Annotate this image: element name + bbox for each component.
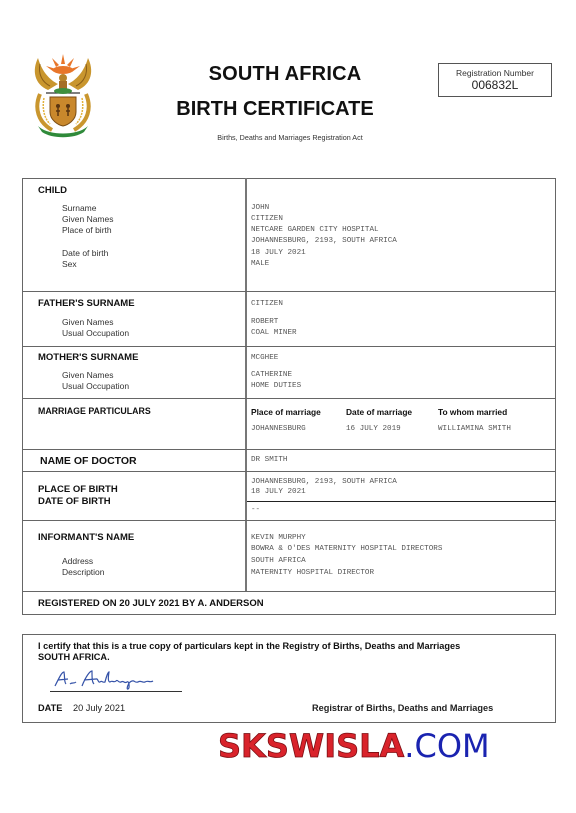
row-divider [22,346,556,347]
informant-description-label: Description [62,567,105,578]
informant-address-line1: BOWRA & O'DES MATERNITY HOSPITAL DIRECTO… [251,544,442,555]
certification-line1: I certify that this is a true copy of pa… [38,641,548,652]
informant-name-value: KEVIN MURPHY [251,533,306,544]
child-heading: CHILD [38,185,67,196]
marriage-place-header: Place of marriage [251,407,321,417]
father-heading: FATHER'S SURNAME [38,298,135,309]
country-title: SOUTH AFRICA [160,63,410,86]
row-divider [22,520,556,521]
father-surname-value: CITIZEN [251,299,283,310]
father-given-names-value: ROBERT [251,317,278,328]
date-of-birth-heading: DATE OF BIRTH [38,496,111,507]
coat-of-arms-icon [28,50,98,138]
mother-given-names-label: Given Names [62,370,114,381]
doctor-heading: NAME OF DOCTOR [40,455,137,467]
informant-heading: INFORMANT'S NAME [38,532,134,543]
marriage-date-value: 16 JULY 2019 [346,424,401,435]
mother-occupation-value: HOME DUTIES [251,381,301,392]
informant-address-label: Address [62,556,93,567]
child-given-names-label: Given Names [62,214,114,225]
child-surname-label: Surname [62,203,97,214]
row-subdivider [247,501,556,502]
child-place-of-birth-value: NETCARE GARDEN CITY HOSPITAL [251,225,379,236]
signature-line [50,691,182,692]
informant-address-line2: SOUTH AFRICA [251,556,306,567]
mother-given-names-value: CATHERINE [251,370,292,381]
registration-number-label: Registration Number [439,68,551,78]
mother-occupation-label: Usual Occupation [62,381,129,392]
watermark-domain: .COM [404,727,489,765]
certification-line2: SOUTH AFRICA. [38,652,548,663]
marriage-spouse-value: WILLIAMINA SMITH [438,424,511,435]
mother-heading: MOTHER'S SURNAME [38,352,138,363]
place-of-birth-heading: PLACE OF BIRTH [38,484,118,495]
row-divider [22,471,556,472]
child-sex-value: MALE [251,259,269,270]
document-title: BIRTH CERTIFICATE [150,98,400,121]
child-date-of-birth-label: Date of birth [62,248,108,259]
certification-date-value: 20 July 2021 [73,703,125,713]
marriage-heading: MARRIAGE PARTICULARS [38,406,151,416]
child-given-names-value: CITIZEN [251,214,283,225]
watermark: SKSWISLA.COM [218,727,490,765]
row-divider [22,291,556,292]
watermark-brand: SKSWISLA [218,727,404,765]
doctor-value: DR SMITH [251,455,287,466]
birth-extra-value: -- [251,505,260,516]
informant-description-value: MATERNITY HOSPITAL DIRECTOR [251,568,374,579]
marriage-place-value: JOHANNESBURG [251,424,306,435]
column-divider [245,178,247,591]
father-occupation-value: COAL MINER [251,328,297,339]
row-divider [22,591,556,592]
child-date-of-birth-value: 18 JULY 2021 [251,248,306,259]
registrar-title: Registrar of Births, Deaths and Marriage… [312,703,493,713]
child-surname-value: JOHN [251,203,269,214]
certification-statement: I certify that this is a true copy of pa… [38,641,548,663]
registration-number-box: Registration Number 006832L [438,63,552,97]
mother-surname-value: MCGHEE [251,353,278,364]
child-place-of-birth-city: JOHANNESBURG, 2193, SOUTH AFRICA [251,236,397,247]
registered-statement: REGISTERED ON 20 JULY 2021 BY A. ANDERSO… [38,598,264,609]
child-sex-label: Sex [62,259,77,270]
child-place-of-birth-label: Place of birth [62,225,112,236]
row-divider [22,449,556,450]
date-of-birth-value: 18 JULY 2021 [251,487,306,498]
father-given-names-label: Given Names [62,317,114,328]
father-occupation-label: Usual Occupation [62,328,129,339]
act-subtitle: Births, Deaths and Marriages Registratio… [180,133,400,142]
marriage-date-header: Date of marriage [346,407,412,417]
marriage-spouse-header: To whom married [438,407,507,417]
row-divider [22,398,556,399]
registration-number-value: 006832L [439,78,551,92]
certification-date-label: DATE [38,703,62,713]
